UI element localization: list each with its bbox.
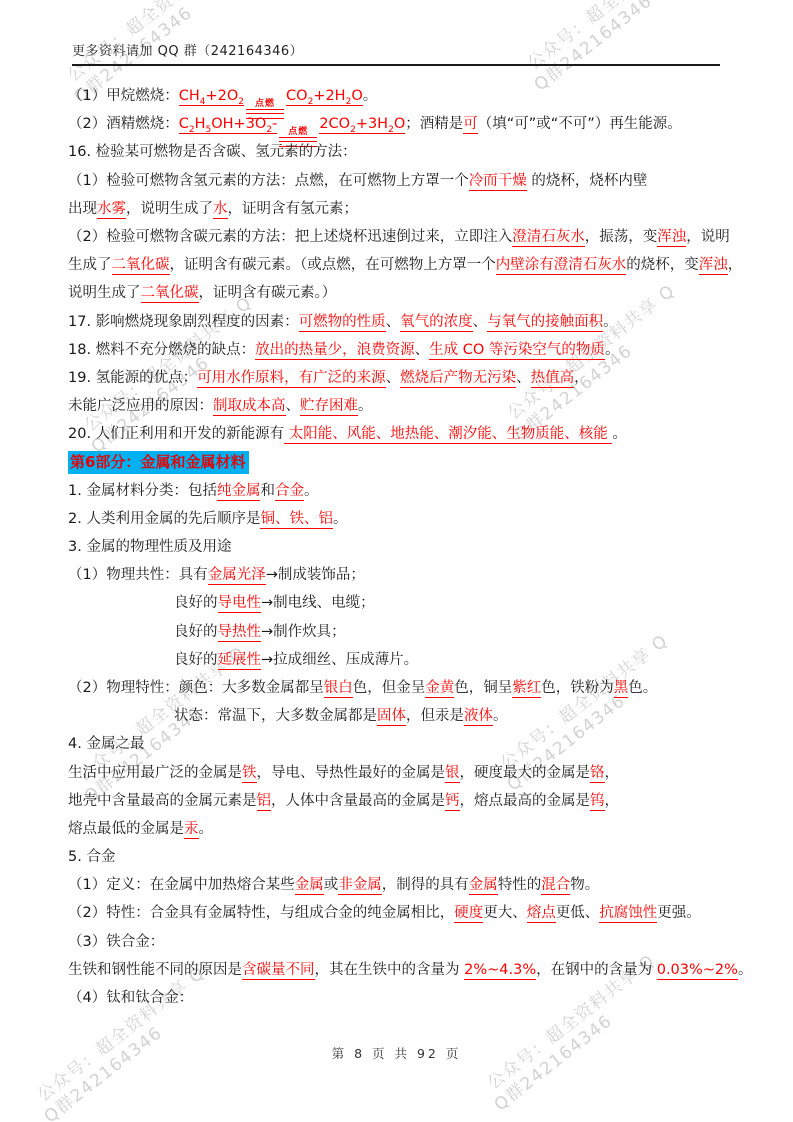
answer-blank: 含碳量不同 [242, 962, 315, 980]
text-run: 、 [415, 342, 430, 358]
text-run: ，熔点最高的金属是 [460, 793, 591, 809]
content-line: （1）物理共性：具有金属光泽→制成装饰品； [68, 561, 763, 589]
content-line: （4）钛和钛合金： [68, 984, 763, 1012]
content-line: （1）检验可燃物含氢元素的方法：点燃，在可燃物上方罩一个冷而干燥 的烧杯，烧杯内… [68, 167, 763, 195]
text-run: ， [728, 257, 743, 273]
text-run: 生活中应用最广泛的金属是 [68, 765, 242, 781]
text-run: 更强。 [657, 905, 701, 921]
content-line: 1. 金属材料分类：包括纯金属和合金。 [68, 477, 763, 505]
text-run: 16. 检验某可燃物是否含碳、氢元素的方法： [68, 144, 357, 160]
answer-blank: C2H5OH+3O2- [179, 116, 278, 134]
text-run: 更低、 [556, 905, 600, 921]
text-run: （4）钛和钛合金： [68, 990, 193, 1006]
answer-blank: 抗腐蚀性 [599, 905, 657, 923]
document-page: 公众号：超全资料共享 QQ群242164346公众号：超全资料共享 QQ群242… [0, 0, 793, 1122]
content-line: 生铁和钢性能不同的原因是含碳量不同，其在生铁中的含量为 2%~4.3%，在钢中的… [68, 956, 763, 984]
content-line: 地壳中含量最高的金属元素是铝，人体中含量最高的金属是钙，熔点最高的金属是钨， [68, 787, 763, 815]
text-run: 5. 合金 [68, 849, 115, 865]
answer-blank: 可 [463, 116, 478, 134]
text-run: ；酒精是 [405, 116, 463, 132]
text-run: （填“可”或“不可”）再生能源。 [478, 116, 682, 132]
text-run: ， [605, 793, 620, 809]
content-line: （1）甲烷燃烧：CH4+2O2点燃CO2+2H2O。 [68, 82, 763, 110]
content-line: （2）物理特性：颜色：大多数金属都呈银白色，但金呈金黄色，铜呈紫红色，铁粉为黑色… [68, 674, 763, 702]
text-run: ，制得的具有 [382, 877, 469, 893]
text-run: ， [605, 765, 620, 781]
answer-blank: 纯金属 [217, 483, 261, 501]
answer-blank: 制取成本高 [213, 398, 286, 416]
text-run: （1）物理共性：具有 [68, 567, 208, 583]
answer-blank: 热值高 [531, 370, 575, 388]
text-run: →制作炊具； [261, 624, 346, 640]
text-run: 2. 人类利用金属的先后顺序是 [68, 511, 260, 527]
text-run: 未能广泛应用的原因： [68, 398, 213, 414]
answer-blank: 冷而干燥 [469, 173, 527, 191]
answer-blank: 铁 [242, 765, 257, 783]
answer-blank: 固体 [377, 708, 406, 726]
content-line: （2）特性：合金具有金属特性，与组成合金的纯金属相比，硬度更大、熔点更低、抗腐蚀… [68, 899, 763, 927]
answer-blank: 0.03%~2% [657, 962, 738, 980]
text-run: 、 [516, 370, 531, 386]
answer-blank: 非金属 [338, 877, 382, 895]
text-run: 色。 [628, 680, 657, 696]
text-run: （2）物理特性：颜色：大多数金属都呈 [68, 680, 324, 696]
text-run: （2）酒精燃烧： [68, 116, 179, 132]
text-run: 。 [605, 342, 620, 358]
text-run: 物。 [570, 877, 599, 893]
text-run: 、 [473, 314, 488, 330]
text-run: （3）铁合金： [68, 934, 164, 950]
answer-blank: 钙 [445, 793, 460, 811]
text-run: 出现 [68, 201, 97, 217]
content-line: 出现水雾，说明生成了水，证明含有氢元素； [68, 195, 763, 223]
answer-blank: 金属光泽 [208, 567, 266, 585]
answer-blank: 放出的热量少，浪费资源 [255, 342, 415, 360]
text-run: （2）检验可燃物含碳元素的方法：把上述烧杯迅速倒过来，立即注入 [68, 229, 512, 245]
content-line: 2. 人类利用金属的先后顺序是铜、铁、铝。 [68, 505, 763, 533]
text-run: ， [574, 370, 589, 386]
text-run: （2）特性：合金具有金属特性，与组成合金的纯金属相比， [68, 905, 454, 921]
text-run: 。 [603, 314, 618, 330]
text-run: →制电线、电缆； [261, 595, 375, 611]
content-line: （2）检验可燃物含碳元素的方法：把上述烧杯迅速倒过来，立即注入澄清石灰水，振荡，… [68, 223, 763, 251]
answer-blank: 铜、铁、铝 [260, 511, 333, 529]
text-run: ，证明含有碳元素。（或点燃，在可燃物上方罩一个 [170, 257, 496, 273]
text-run: 的烧杯，变 [626, 257, 699, 273]
answer-blank: 贮存困难 [300, 398, 358, 416]
text-run: 特性的 [498, 877, 542, 893]
text-run: 。 [304, 483, 319, 499]
answer-blank: 紫红 [512, 680, 541, 698]
text-run: 。 [199, 821, 214, 837]
content-line: 生活中应用最广泛的金属是铁，导电、导热性最好的金属是银，硬度最大的金属是铬， [68, 759, 763, 787]
text-run: ，说明生成了 [126, 201, 213, 217]
text-run: 17. 影响燃烧现象剧烈程度的因素： [68, 314, 299, 330]
text-run: 1. 金属材料分类：包括 [68, 483, 217, 499]
text-run: 、 [286, 398, 301, 414]
section-heading: 第6部分：金属和金属材料 [68, 451, 249, 474]
answer-blank: 浑浊 [699, 257, 728, 275]
text-run: 19. 氢能源的优点： [68, 370, 197, 386]
text-run: →制成装饰品； [266, 567, 365, 583]
content-line: 说明生成了二氧化碳，证明含有碳元素。） [68, 279, 763, 307]
header-divider [72, 64, 720, 66]
answer-blank: 金属 [469, 877, 498, 895]
text-run: 状态：常温下，大多数金属都是 [174, 708, 377, 724]
content-line: 熔点最低的金属是汞。 [68, 815, 763, 843]
answer-blank: 黑 [614, 680, 629, 698]
text-run: 、 [386, 314, 401, 330]
text-run: 和 [260, 483, 275, 499]
header-text: 更多资料请加 QQ 群（242164346） [72, 40, 720, 59]
text-run: 。 [738, 962, 753, 978]
text-run: （1）定义：在金属中加热熔合某些 [68, 877, 295, 893]
answer-blank: 钨 [590, 793, 605, 811]
answer-blank: 液体 [464, 708, 493, 726]
answer-blank: 熔点 [527, 905, 556, 923]
content-line: 19. 氢能源的优点：可用水作原料，有广泛的来源、燃烧后产物无污染、热值高， [68, 364, 763, 392]
text-run: 。 [493, 708, 508, 724]
answer-blank: 可用水作原料，有广泛的来源 [197, 370, 386, 388]
text-run: ，但汞是 [406, 708, 464, 724]
content-line: 16. 检验某可燃物是否含碳、氢元素的方法： [68, 138, 763, 166]
answer-blank: 二氧化碳 [112, 257, 170, 275]
text-run: ，导电、导热性最好的金属是 [257, 765, 446, 781]
document-content: （1）甲烷燃烧：CH4+2O2点燃CO2+2H2O。（2）酒精燃烧：C2H5OH… [68, 82, 763, 1012]
answer-blank: 与氧气的接触面积 [487, 314, 603, 332]
text-run: （1）检验可燃物含氢元素的方法：点燃，在可燃物上方罩一个 [68, 173, 469, 189]
answer-blank: 铬 [590, 765, 605, 783]
text-run: ，振荡，变 [585, 229, 658, 245]
content-line: 生成了二氧化碳，证明含有碳元素。（或点燃，在可燃物上方罩一个内壁涂有澄清石灰水的… [68, 251, 763, 279]
answer-blank: 二氧化碳 [141, 285, 199, 303]
answer-blank: 水雾 [97, 201, 126, 219]
text-run: （1）甲烷燃烧： [68, 88, 179, 104]
text-run: ，说明 [686, 229, 730, 245]
answer-blank: 生成 CO 等污染空气的物质 [429, 342, 605, 360]
answer-blank: 澄清石灰水 [512, 229, 585, 247]
content-line: 良好的导电性→制电线、电缆； [68, 589, 763, 617]
answer-blank: 2CO2+3H2O [319, 116, 405, 134]
answer-blank: 金黄 [425, 680, 454, 698]
text-run: 。 [358, 398, 373, 414]
text-run: 18. 燃料不充分燃烧的缺点： [68, 342, 255, 358]
text-run: 。 [363, 88, 378, 104]
text-run: 良好的 [174, 595, 218, 611]
text-run: 熔点最低的金属是 [68, 821, 184, 837]
answer-blank: 导电性 [218, 595, 262, 613]
answer-blank: 银 [445, 765, 460, 783]
content-line: 5. 合金 [68, 843, 763, 871]
content-line: 良好的导热性→制作炊具； [68, 618, 763, 646]
content-line: 18. 燃料不充分燃烧的缺点：放出的热量少，浪费资源、生成 CO 等污染空气的物… [68, 336, 763, 364]
text-run: →拉成细丝、压成薄片。 [261, 652, 418, 668]
answer-blank: 2%~4.3% [464, 962, 536, 980]
answer-blank: 合金 [275, 483, 304, 501]
text-run: ，证明含有碳元素。） [199, 285, 337, 301]
text-run: ，人体中含量最高的金属是 [271, 793, 445, 809]
content-line: （1）定义：在金属中加热熔合某些金属或非金属，制得的具有金属特性的混合物。 [68, 871, 763, 899]
answer-blank: 金属 [295, 877, 324, 895]
text-run: 地壳中含量最高的金属元素是 [68, 793, 257, 809]
answer-blank: 混合 [541, 877, 570, 895]
content-line: （3）铁合金： [68, 928, 763, 956]
answer-blank: 铝 [257, 793, 272, 811]
text-run: ，在钢中的含量为 [536, 962, 657, 978]
answer-blank: 硬度 [454, 905, 483, 923]
answer-blank: 燃烧后产物无污染 [400, 370, 516, 388]
answer-blank: 内壁涂有澄清石灰水 [496, 257, 627, 275]
text-run: 良好的 [174, 652, 218, 668]
text-run: 色，铜呈 [454, 680, 512, 696]
content-line: （2）酒精燃烧：C2H5OH+3O2-点燃2CO2+3H2O；酒精是可（填“可”… [68, 110, 763, 138]
text-run: 3. 金属的物理性质及用途 [68, 539, 231, 555]
text-run: ，证明含有氢元素； [228, 201, 359, 217]
answer-blank: 氧气的浓度 [400, 314, 473, 332]
answer-blank: CO2+2H2O [286, 88, 363, 106]
section-heading-line: 第6部分：金属和金属材料 [68, 448, 763, 476]
answer-blank: 太阳能、风能、地热能、潮汐能、生物质能、核能 [284, 426, 612, 444]
text-run: 说明生成了 [68, 285, 141, 301]
content-line: 未能广泛应用的原因：制取成本高、贮存困难。 [68, 392, 763, 420]
answer-blank: 导热性 [218, 624, 262, 642]
text-run: 4. 金属之最 [68, 736, 144, 752]
content-line: 3. 金属的物理性质及用途 [68, 533, 763, 561]
text-run: 色，但金呈 [353, 680, 426, 696]
content-line: 良好的延展性→拉成细丝、压成薄片。 [68, 646, 763, 674]
answer-blank: 汞 [184, 821, 199, 839]
text-run: 。 [333, 511, 348, 527]
content-line: 17. 影响燃烧现象剧烈程度的因素：可燃物的性质、氧气的浓度、与氧气的接触面积。 [68, 308, 763, 336]
text-run: 生铁和钢性能不同的原因是 [68, 962, 242, 978]
text-run: 的烧杯，烧杯内壁 [527, 173, 648, 189]
answer-blank: 银白 [324, 680, 353, 698]
text-run: 生成了 [68, 257, 112, 273]
text-run: 更大、 [483, 905, 527, 921]
content-line: 4. 金属之最 [68, 730, 763, 758]
text-run: ，硬度最大的金属是 [460, 765, 591, 781]
page-footer: 第 8 页 共 92 页 [0, 1044, 793, 1062]
answer-blank: 浑浊 [657, 229, 686, 247]
text-run: ，其在生铁中的含量为 [315, 962, 465, 978]
text-run: 色，铁粉为 [541, 680, 614, 696]
text-run: 、 [386, 370, 401, 386]
answer-blank: 可燃物的性质 [299, 314, 386, 332]
answer-blank: 水 [213, 201, 228, 219]
text-run: 。 [612, 426, 627, 442]
answer-blank: 延展性 [218, 652, 262, 670]
text-run: 20. 人们正利用和开发的新能源有 [68, 426, 284, 442]
content-line: 状态：常温下，大多数金属都是固体，但汞是液体。 [68, 702, 763, 730]
content-line: 20. 人们正利用和开发的新能源有 太阳能、风能、地热能、潮汐能、生物质能、核能… [68, 420, 763, 448]
text-run: 或 [324, 877, 339, 893]
answer-blank: CH4+2O2 [179, 88, 244, 106]
page-header: 更多资料请加 QQ 群（242164346） [72, 40, 720, 66]
text-run: 良好的 [174, 624, 218, 640]
